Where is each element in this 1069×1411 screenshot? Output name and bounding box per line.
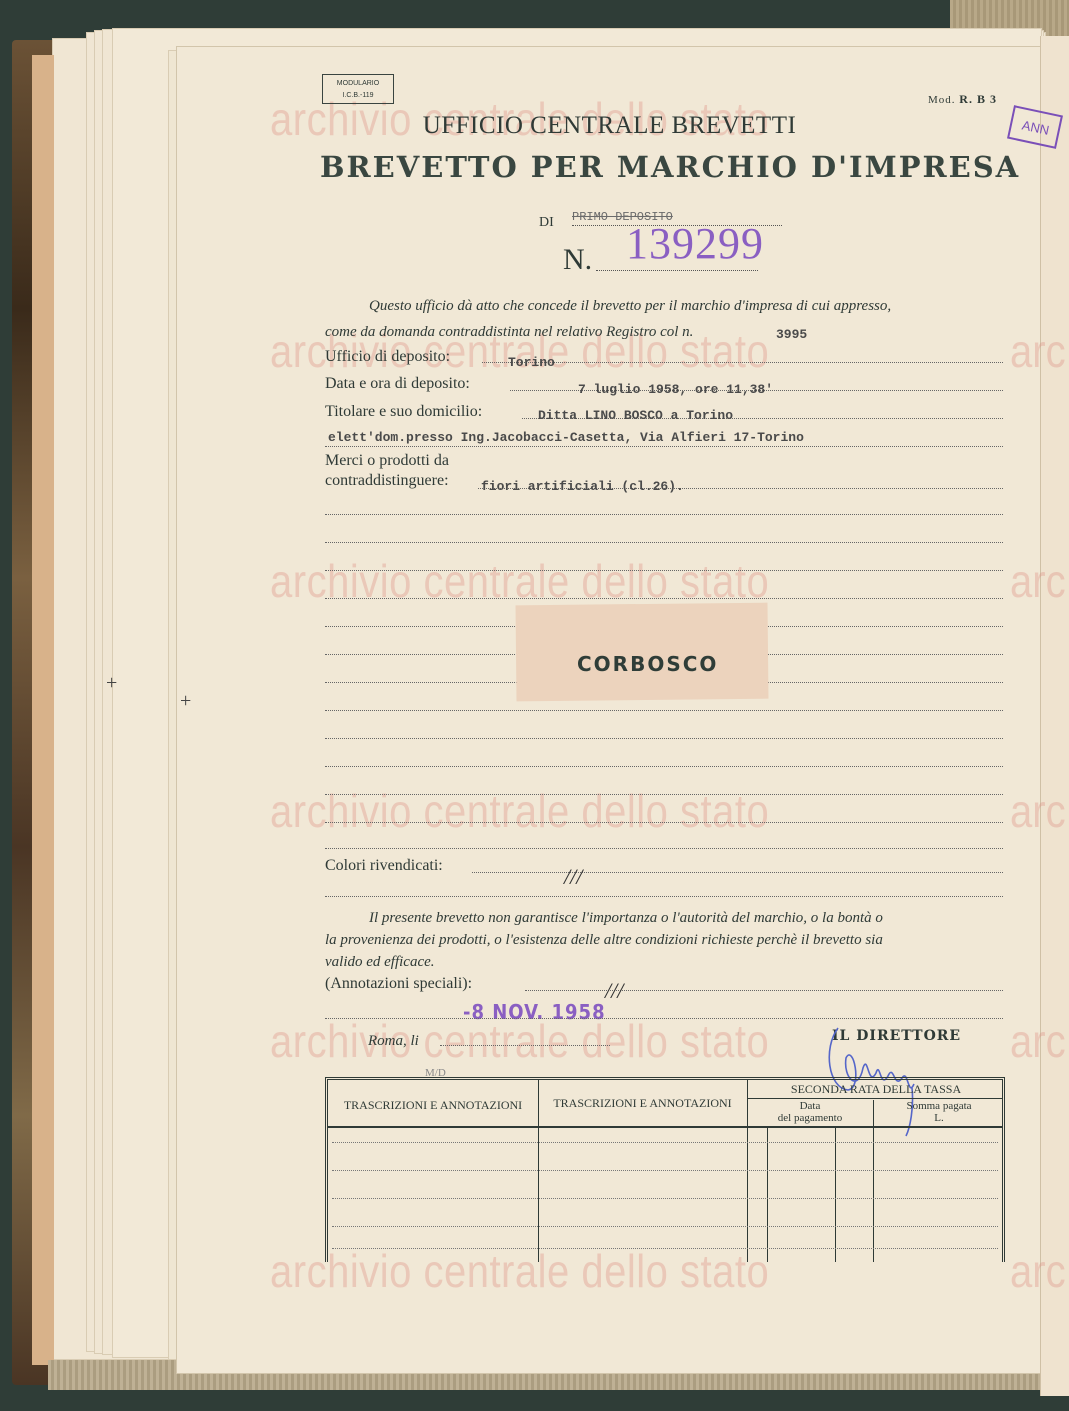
blank-line xyxy=(325,896,1003,897)
watermark-fragment: arc xyxy=(1010,1017,1066,1069)
document-title: BREVETTO PER MARCHIO D'IMPRESA xyxy=(320,150,1020,184)
margin-mark: + xyxy=(180,690,191,713)
watermark-fragment: arc xyxy=(1010,1247,1066,1299)
blank-line xyxy=(325,710,1003,711)
modulario-box: MODULARIO I.C.B.-119 xyxy=(322,74,394,104)
column-header-payment-date: Data del pagamento xyxy=(747,1100,873,1124)
intro-line-1: Questo ufficio dà atto che concede il br… xyxy=(325,294,1005,319)
blank-line xyxy=(325,598,1003,599)
blank-line xyxy=(325,848,1003,849)
number-label: N. xyxy=(563,243,592,277)
data-label: Data e ora di deposito: xyxy=(325,375,470,393)
table-row xyxy=(332,1198,998,1199)
modulario-code: I.C.B.-119 xyxy=(323,90,393,102)
ufficio-line xyxy=(482,362,1003,363)
watermark-fragment: arc xyxy=(1010,557,1066,609)
register-number: 3995 xyxy=(776,327,807,342)
blank-line xyxy=(325,794,1003,795)
merci-value: fiori artificiali (cl.26). xyxy=(481,479,684,494)
register-table: TRASCRIZIONI E ANNOTAZIONI TRASCRIZIONI … xyxy=(325,1077,1005,1262)
di-label: DI xyxy=(539,215,554,231)
place-date-line xyxy=(440,1045,610,1046)
column-group-second-installment: SECONDA RATA DELLA TASSA xyxy=(747,1082,1005,1097)
merci-label-2: contraddistinguere: xyxy=(325,472,449,490)
date-stamp: -8 NOV. 1958 xyxy=(463,1000,606,1024)
column-header-amount-paid: Somma pagata L. xyxy=(873,1100,1005,1124)
table-row xyxy=(332,1226,998,1227)
annotazioni-value: /// xyxy=(605,978,623,1004)
watermark: archivio centrale dello stato xyxy=(270,1017,769,1069)
mod-prefix: Mod. xyxy=(928,94,956,106)
watermark-fragment: arc xyxy=(1010,787,1066,839)
mod-code-value: R. B 3 xyxy=(959,92,997,106)
blank-line xyxy=(325,542,1003,543)
blank-line xyxy=(325,766,1003,767)
colori-value: /// xyxy=(564,864,582,890)
annotazioni-label: (Annotazioni speciali): xyxy=(325,975,472,993)
office-heading: UFFICIO CENTRALE BREVETTI xyxy=(0,112,1069,140)
intro-line-2: come da domanda contraddistinta nel rela… xyxy=(325,320,785,345)
watermark-fragment: arc xyxy=(1010,327,1066,379)
blank-line xyxy=(325,738,1003,739)
trademark-name: CORBOSCO xyxy=(577,652,718,676)
data-value: 7 luglio 1958, ore 11,38' xyxy=(578,382,773,397)
spine-tab xyxy=(32,55,54,1365)
blank-line xyxy=(325,570,1003,571)
colori-label: Colori rivendicati: xyxy=(325,857,443,875)
disclaimer-line-3: valido ed efficace. xyxy=(325,950,1005,975)
form-model-code: Mod. R. B 3 xyxy=(928,92,997,107)
ufficio-value: Torino xyxy=(508,355,555,370)
next-page-edge xyxy=(1040,36,1069,1396)
number-line xyxy=(596,270,758,271)
blank-line xyxy=(325,514,1003,515)
table-row xyxy=(332,1170,998,1171)
titolare-value-2: elett'dom.presso Ing.Jacobacci-Casetta, … xyxy=(328,430,804,445)
column-header-transcriptions-1: TRASCRIZIONI E ANNOTAZIONI xyxy=(328,1098,538,1113)
margin-mark: + xyxy=(106,672,117,695)
annotazioni-line xyxy=(525,990,1003,991)
table-row xyxy=(332,1248,998,1249)
table-row xyxy=(332,1142,998,1143)
watermark: archivio centrale dello stato xyxy=(270,557,769,609)
colori-line xyxy=(472,872,1003,873)
titolare-line-2 xyxy=(325,446,1003,447)
patent-number-stamp: 139299 xyxy=(626,218,764,269)
column-header-transcriptions-2: TRASCRIZIONI E ANNOTAZIONI xyxy=(538,1096,747,1111)
titolare-label: Titolare e suo domicilio: xyxy=(325,403,482,421)
merci-label-1: Merci o prodotti da xyxy=(325,452,449,470)
modulario-label: MODULARIO xyxy=(323,78,393,90)
place-label: Roma, li xyxy=(368,1033,419,1050)
ufficio-label: Ufficio di deposito: xyxy=(325,348,450,366)
blank-line xyxy=(325,822,1003,823)
titolare-value-1: Ditta LINO BOSCO a Torino xyxy=(538,408,733,423)
